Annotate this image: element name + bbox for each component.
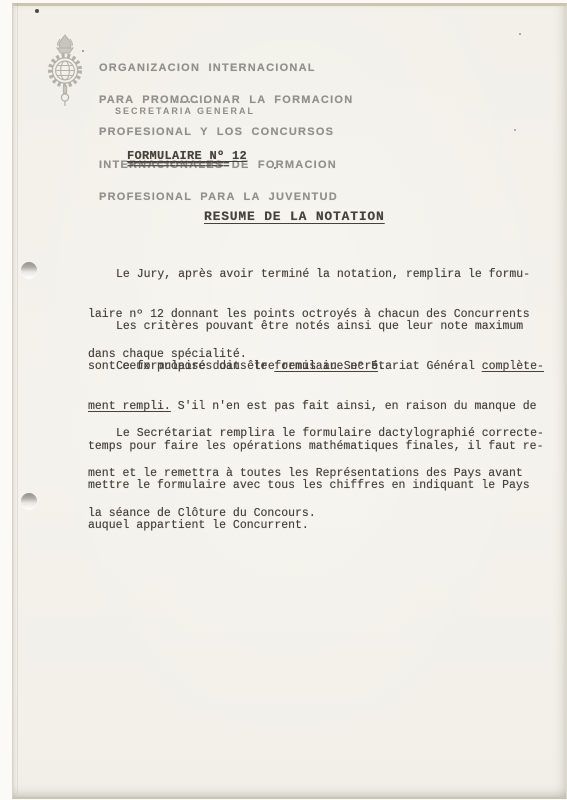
letterhead-line: ORGANIZACION INTERNACIONAL — [99, 63, 353, 74]
paragraph: Le Secrétariat remplira le formulaire da… — [88, 401, 548, 533]
text-line: ment et le remettra à toutes les Représe… — [88, 467, 548, 480]
letterhead-line: PROFESIONAL Y LOS CONCURSOS — [99, 127, 353, 138]
letterhead-rule — [176, 101, 206, 103]
letterhead-line: PARA PROMOCIONAR LA FORMACION — [99, 95, 353, 106]
text-line: Ce formulaire doit être remis au Secréta… — [88, 360, 548, 373]
scan-speck — [274, 167, 276, 169]
org-emblem-icon — [36, 33, 94, 116]
letterhead-line: PROFESIONAL PARA LA JUVENTUD — [99, 192, 353, 203]
text-segment: ment et le remettra à toutes les Représe… — [88, 467, 523, 480]
scan-speck — [82, 50, 84, 52]
punch-hole-bottom — [21, 493, 37, 509]
text-line: la séance de Clôture du Concours. — [88, 507, 548, 520]
text-segment: Le Jury, après avoir terminé la notation… — [116, 268, 530, 281]
text-line: Le Jury, après avoir terminé la notation… — [88, 268, 548, 281]
text-segment: Ce formulaire doit être remis au Secréta… — [116, 360, 482, 373]
paper-crease — [17, 3, 18, 794]
form-number-rule: ================= — [127, 160, 229, 172]
text-segment-underlined: complète- — [482, 360, 544, 373]
document-title: RESUME DE LA NOTATION — [204, 209, 385, 224]
scanned-document-page: { "letterhead": { "logo": "torch-gear-gl… — [0, 0, 567, 800]
letterhead-org-name: ORGANIZACION INTERNACIONAL PARA PROMOCIO… — [99, 41, 353, 214]
text-line: Le Secrétariat remplira le formulaire da… — [88, 427, 548, 440]
scan-speck — [519, 33, 521, 35]
text-segment: Le Secrétariat remplira le formulaire da… — [116, 427, 544, 440]
text-line: Les critères pouvant être notés ainsi qu… — [88, 320, 548, 333]
text-segment: la séance de Clôture du Concours. — [88, 507, 316, 520]
letterhead-department: SECRETARIA GENERAL — [115, 106, 255, 116]
text-segment: Les critères pouvant être notés ainsi qu… — [116, 320, 523, 333]
scan-speck — [514, 129, 516, 131]
scan-speck — [35, 9, 39, 13]
punch-hole-top — [21, 262, 37, 278]
